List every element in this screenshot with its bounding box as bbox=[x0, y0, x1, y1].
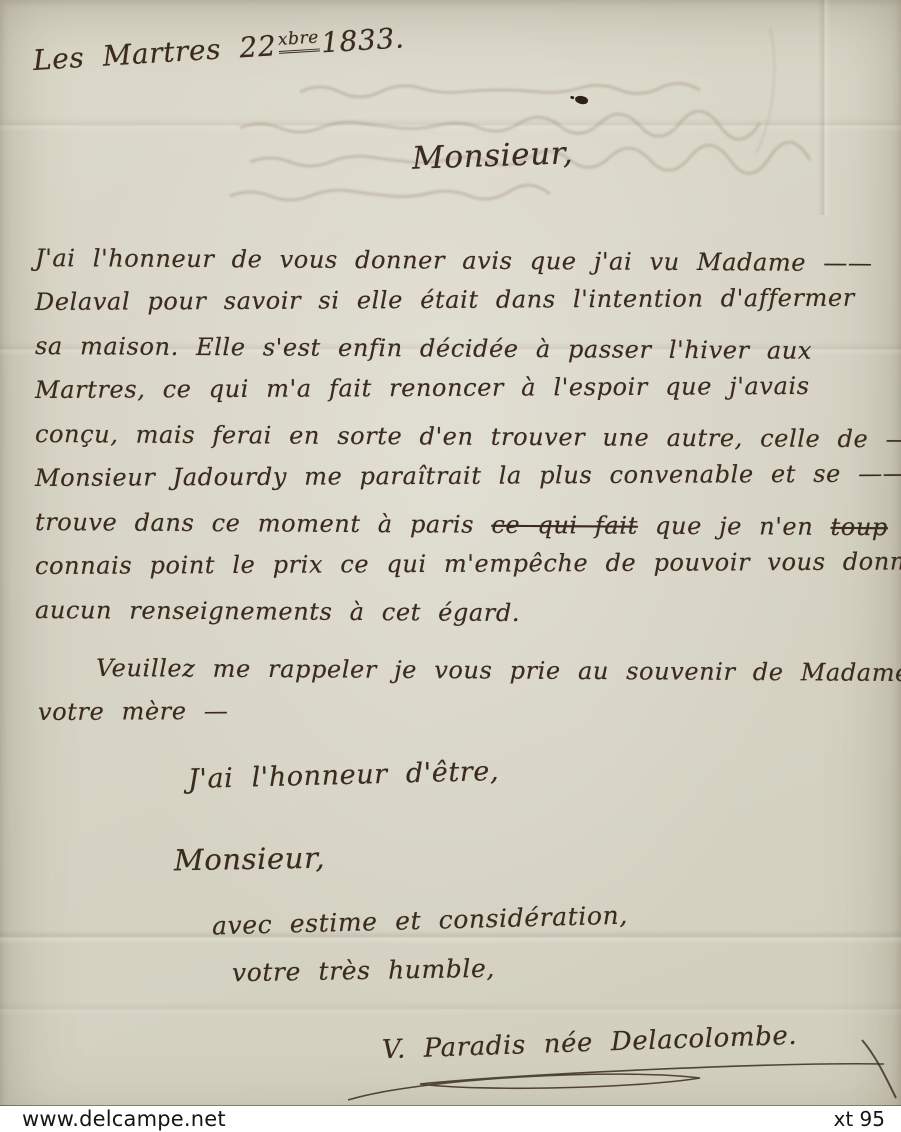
signature: V. Paradis née Delacolombe. bbox=[382, 1021, 798, 1065]
line-text: conçu, mais ferai en sorte d'en trouver … bbox=[35, 420, 901, 453]
handwritten-line: Monsieur Jadourdy me paraîtrait la plus … bbox=[35, 451, 901, 500]
body-paragraph-2: Veuillez me rappeler je vous prie au sou… bbox=[38, 646, 901, 734]
line-text: J'ai l'honneur de vous donner avis que j… bbox=[35, 244, 873, 277]
handwritten-line: votre mère — bbox=[38, 685, 901, 734]
closing-line-2: Monsieur, bbox=[174, 841, 326, 878]
line-text: Veuillez me rappeler je vous prie au sou… bbox=[96, 654, 901, 687]
letter-page: Les Martres 22xbre1833. Monsieur, J'ai l… bbox=[0, 0, 901, 1132]
salutation: Monsieur, bbox=[411, 135, 573, 177]
line-text: trouve dans ce moment à paris bbox=[35, 508, 492, 539]
closing-line-3: avec estime et considération, bbox=[212, 901, 628, 941]
line-text: Monsieur Jadourdy me paraîtrait la plus … bbox=[35, 459, 901, 492]
dateline-month-abbrev: xbre bbox=[277, 27, 319, 53]
watermark-bar: www.delcampe.net xt 95 bbox=[0, 1106, 901, 1132]
watermark-site-text: www.delcampe.net bbox=[0, 1107, 226, 1131]
struck-text: toup bbox=[830, 513, 887, 541]
paper-crease bbox=[0, 1002, 901, 1016]
line-text: Delaval pour savoir si elle était dans l… bbox=[35, 284, 855, 316]
handwritten-line: aucun renseignements à cet égard. bbox=[35, 588, 901, 637]
line-text: Martres, ce qui m'a fait renoncer à l'es… bbox=[35, 372, 810, 404]
dateline-year: 1833. bbox=[320, 21, 405, 59]
struck-text: ce qui fait bbox=[491, 511, 638, 540]
body-paragraph-1: J'ai l'honneur de vous donner avis que j… bbox=[35, 236, 901, 632]
line-text: sa maison. Elle s'est enfin décidée à pa… bbox=[35, 332, 812, 365]
line-text: aucun renseignements à cet égard. bbox=[35, 596, 520, 627]
ink-blot bbox=[574, 94, 589, 106]
handwritten-line: Delaval pour savoir si elle était dans l… bbox=[35, 275, 901, 324]
handwritten-line: connais point le prix ce qui m'empêche d… bbox=[35, 539, 901, 588]
line-text: que je n'en bbox=[638, 512, 831, 541]
line-text: — bbox=[888, 513, 901, 541]
line-text: votre mère — bbox=[38, 697, 229, 726]
closing-line-4: votre très humble, bbox=[232, 954, 495, 988]
dateline: Les Martres 22xbre1833. bbox=[32, 21, 405, 77]
line-text: connais point le prix ce qui m'empêche d… bbox=[35, 547, 901, 580]
dateline-place-day: Les Martres 22 bbox=[32, 29, 277, 77]
paper-crease bbox=[0, 118, 901, 132]
closing-line-1: J'ai l'honneur d'être, bbox=[188, 756, 500, 795]
paper-fold bbox=[818, 0, 830, 215]
handwritten-line: Martres, ce qui m'a fait renoncer à l'es… bbox=[35, 363, 901, 412]
watermark-code-text: xt 95 bbox=[834, 1107, 901, 1131]
